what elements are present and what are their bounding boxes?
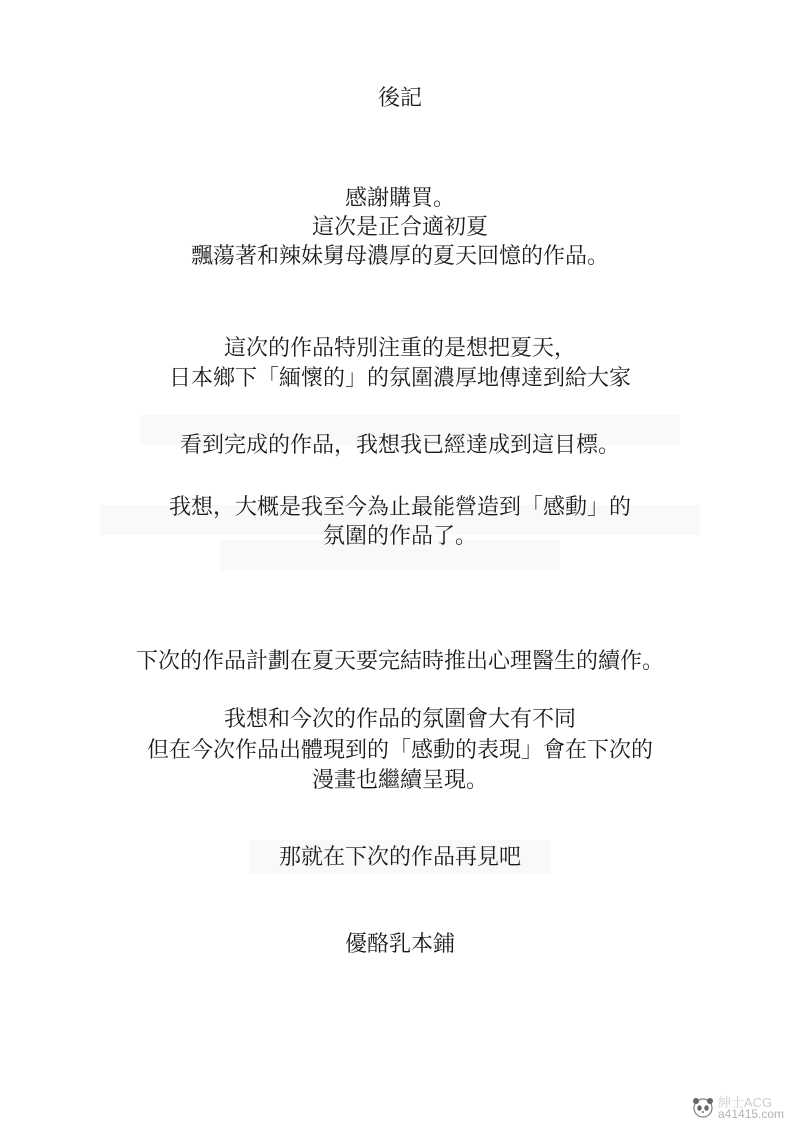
text-line: 那就在下次的作品再見吧: [0, 843, 800, 873]
text-line: 看到完成的作品，我想我已經達成到這目標。: [0, 431, 800, 461]
text-line: 飄蕩著和辣妹舅母濃厚的夏天回憶的作品。: [0, 242, 800, 272]
watermark: 紳士ACG a41415.com: [692, 1092, 797, 1124]
text-line: 日本鄉下「緬懷的」的氛圍濃厚地傳達到給大家: [0, 364, 800, 394]
text-line: 這次的作品特別注重的是想把夏天，: [0, 334, 800, 364]
text-line: 我想，大概是我至今為止最能營造到「感動」的: [0, 493, 800, 523]
watermark-url: a41415.com: [718, 1107, 784, 1121]
text-line: 感謝購買。: [0, 184, 800, 214]
author-signature: 優酪乳本鋪: [0, 930, 800, 960]
text-line: 氛圍的作品了。: [0, 522, 800, 552]
page-title: 後記: [0, 84, 800, 114]
text-line: 我想和今次的作品的氛圍會大有不同: [0, 705, 800, 735]
text-line: 這次是正合適初夏: [0, 213, 800, 243]
panda-icon: [692, 1096, 714, 1118]
text-line: 但在今次作品出體現到的「感動的表現」會在下次的: [0, 736, 800, 766]
text-line: 下次的作品計劃在夏天要完結時推出心理醫生的續作。: [0, 647, 800, 677]
text-line: 漫畫也繼續呈現。: [0, 766, 800, 796]
